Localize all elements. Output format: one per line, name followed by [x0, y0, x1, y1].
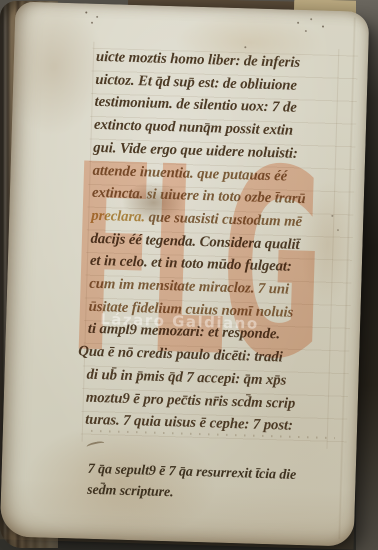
manuscript-photo: uicte moztis homo liber: de inferisuicto…	[0, 0, 378, 550]
marginal-flourish	[86, 440, 105, 450]
main-text-block: uicte moztis homo liber: de inferisuicto…	[85, 46, 352, 439]
manuscript-page: uicte moztis homo liber: de inferisuicto…	[0, 1, 369, 546]
addition-text-block: 7 q̄a sepult9 ē 7 q̄a resurrexit t̄cia d…	[87, 459, 318, 508]
ink-specks	[85, 11, 87, 13]
faded-word: preclara.	[91, 208, 145, 226]
parchment-stain	[2, 0, 106, 138]
